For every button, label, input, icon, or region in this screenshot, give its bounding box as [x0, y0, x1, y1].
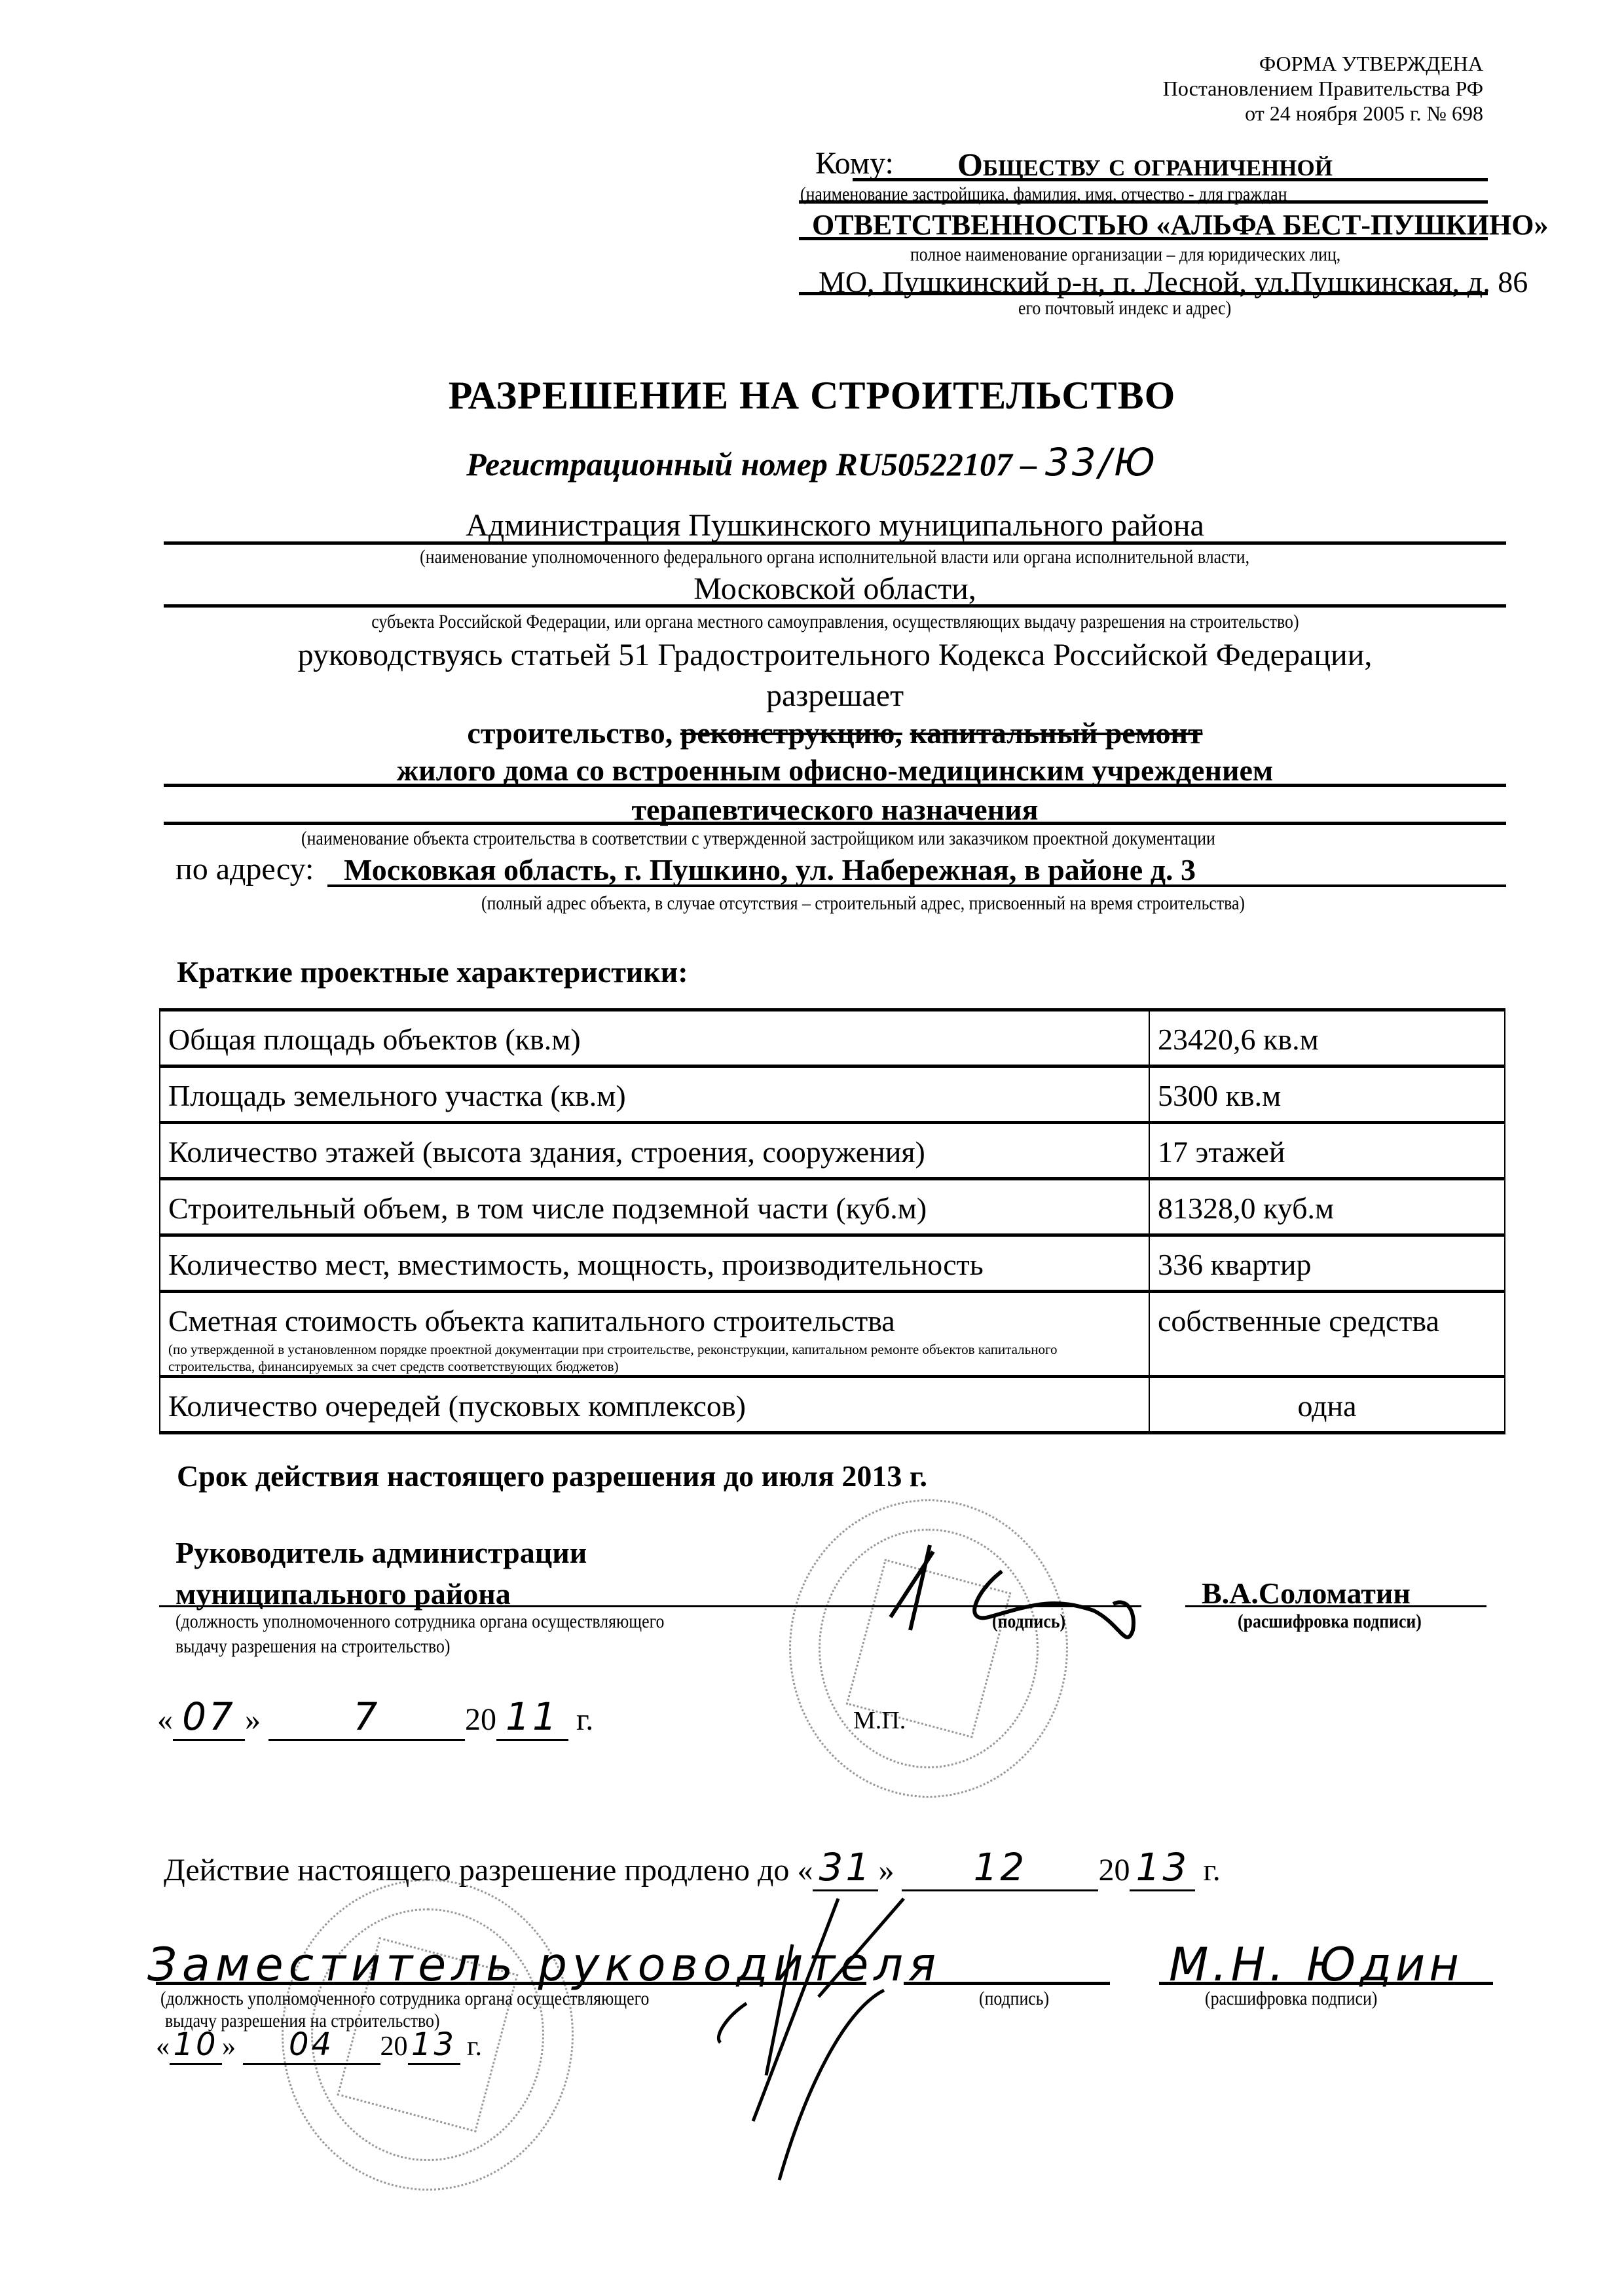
spec-label: Сметная стоимость объекта капитального с… [160, 1292, 1149, 1377]
form-note-line2: Постановлением Правительства РФ [1163, 76, 1483, 101]
extension-text: Действие настоящего разрешение продлено … [164, 1853, 789, 1887]
sign1-date-year-prefix: 20 [465, 1702, 496, 1737]
spec-label-text: Количество мест, вместимость, мощность, … [168, 1248, 984, 1281]
sign1-date-day: 07 [173, 1694, 245, 1741]
form-note-line3: от 24 ноября 2005 г. № 698 [1163, 101, 1483, 126]
issuer-hint1: (наименование уполномоченного федерально… [420, 547, 1250, 567]
sign1-date-suffix: г. [576, 1702, 593, 1737]
spec-value: 17 этажей [1149, 1123, 1505, 1179]
recipient-hint2: полное наименование организации – для юр… [910, 245, 1340, 264]
spec-label-note: (по утвержденной в установленном порядке… [168, 1341, 1141, 1375]
specs-table: Общая площадь объектов (кв.м)23420,6 кв.… [159, 1008, 1505, 1434]
sign1-position-line1: Руководитель администрации [175, 1535, 587, 1570]
work-type-reconstruction-struck: реконструкцию, [680, 716, 902, 750]
work-type-repair-struck: капитальный ремонт [910, 716, 1202, 750]
sign2-date-year-prefix: 20 [380, 2032, 408, 2062]
registration-label: Регистрационный номер RU50522107 – [466, 446, 1037, 483]
spec-label: Строительный объем, в том числе подземно… [160, 1179, 1149, 1235]
form-note-line1: ФОРМА УТВЕРЖДЕНА [1163, 51, 1483, 76]
sign1-name-hint: (расшифровка подписи) [1238, 1612, 1422, 1631]
divider [327, 884, 1506, 887]
signature-scribble-1 [838, 1532, 1205, 1663]
recipient-hint3: его почтовый индекс и адрес) [1018, 299, 1231, 318]
sign2-date-month: 04 [243, 2026, 380, 2065]
object-address-hint: (полный адрес объекта, в случае отсутств… [481, 894, 1245, 913]
spec-label: Общая площадь объектов (кв.м) [160, 1010, 1149, 1066]
specs-heading: Краткие проектные характеристики: [177, 955, 688, 989]
sign1-position-hint1: (должность уполномоченного сотрудника ор… [175, 1612, 664, 1631]
table-row: Количество этажей (высота здания, строен… [160, 1123, 1505, 1179]
object-hint: (наименование объекта строительства в со… [301, 829, 1215, 848]
extension-year-prefix: 20 [1098, 1853, 1130, 1887]
divider [799, 292, 1488, 295]
sign2-name-hint: (расшифровка подписи) [1205, 1989, 1377, 2009]
issuer-hint2-wrap: субъекта Российской Федерации, или орган… [164, 612, 1506, 632]
recipient-label: Кому: [815, 145, 894, 181]
divider [1185, 1605, 1486, 1607]
spec-label-text: Площадь земельного участка (кв.м) [168, 1079, 626, 1112]
sign2-position-hint1: (должность уполномоченного сотрудника ор… [160, 1989, 649, 2009]
spec-label: Площадь земельного участка (кв.м) [160, 1066, 1149, 1123]
sign1-date-month: 7 [268, 1694, 465, 1741]
spec-value: одна [1149, 1377, 1505, 1433]
sign2-date-year-suffix: 13 [408, 2026, 460, 2065]
spec-label-text: Общая площадь объектов (кв.м) [168, 1023, 581, 1056]
extension-month: 12 [902, 1845, 1098, 1891]
extension-year-suffix: 13 [1130, 1845, 1195, 1891]
issuer-basis: руководствуясь статьей 51 Градостроитель… [164, 637, 1506, 673]
work-type-construction: строительство, [467, 716, 673, 750]
spec-value: собственные средства [1149, 1292, 1505, 1377]
spec-value: 81328,0 куб.м [1149, 1179, 1505, 1235]
sign2-date-day: 10 [170, 2026, 222, 2065]
spec-label-text: Количество очередей (пусковых комплексов… [168, 1389, 746, 1423]
divider [853, 178, 1488, 181]
extension-suffix: г. [1203, 1853, 1220, 1887]
sign1-date: «07» 72011 г. [157, 1694, 593, 1741]
table-row: Строительный объем, в том числе подземно… [160, 1179, 1505, 1235]
issuer-hint1-wrap: (наименование уполномоченного федерально… [164, 547, 1506, 567]
form-approval-note: ФОРМА УТВЕРЖДЕНА Постановлением Правител… [1163, 51, 1483, 126]
work-type: строительство, реконструкцию, капитальны… [164, 716, 1506, 750]
spec-value: 336 квартир [1149, 1235, 1505, 1292]
divider [164, 784, 1506, 787]
spec-value: 5300 кв.м [1149, 1066, 1505, 1123]
registration-handwritten: 33/Ю [1045, 440, 1158, 484]
spec-label: Количество этажей (высота здания, строен… [160, 1123, 1149, 1179]
extension: Действие настоящего разрешение продлено … [164, 1845, 1221, 1891]
registration-number: Регистрационный номер RU50522107 – 33/Ю [0, 440, 1624, 484]
issuer-hint2: субъекта Российской Федерации, или орган… [371, 612, 1299, 632]
spec-label-text: Сметная стоимость объекта капитального с… [168, 1304, 895, 1338]
spec-label: Количество очередей (пусковых комплексов… [160, 1377, 1149, 1433]
extension-day: 31 [813, 1845, 878, 1891]
sign2-date: «10» 042013 г. [156, 2026, 482, 2065]
issuer-permits: разрешает [164, 678, 1506, 714]
divider [164, 541, 1506, 545]
table-row: Общая площадь объектов (кв.м)23420,6 кв.… [160, 1010, 1505, 1066]
issuer-line1: Администрация Пушкинского муниципального… [164, 507, 1506, 543]
object-address: Московкая область, г. Пушкино, ул. Набер… [344, 852, 1196, 887]
object-address-label: по адресу: [175, 851, 314, 887]
sign1-date-year-suffix: 11 [496, 1694, 568, 1741]
document-title: РАЗРЕШЕНИЕ НА СТРОИТЕЛЬСТВО [0, 373, 1624, 418]
validity-text: Срок действия настоящего разрешения до и… [177, 1459, 927, 1493]
table-row: Сметная стоимость объекта капитального с… [160, 1292, 1505, 1377]
sign2-date-suffix: г. [467, 2032, 482, 2062]
table-row: Количество очередей (пусковых комплексов… [160, 1377, 1505, 1433]
spec-label-text: Строительный объем, в том числе подземно… [168, 1192, 927, 1225]
spec-value: 23420,6 кв.м [1149, 1010, 1505, 1066]
divider [1159, 1982, 1493, 1985]
divider [164, 822, 1506, 825]
table-row: Площадь земельного участка (кв.м)5300 кв… [160, 1066, 1505, 1123]
divider [164, 604, 1506, 608]
spec-label-text: Количество этажей (высота здания, строен… [168, 1135, 925, 1169]
signature-scribble-2 [688, 1886, 1015, 2213]
divider [799, 200, 1488, 204]
issuer-line2: Московской области, [164, 571, 1506, 607]
seal-mark: М.П. [853, 1706, 906, 1735]
sign1-position-hint2: выдачу разрешения на строительство) [175, 1637, 450, 1656]
spec-label: Количество мест, вместимость, мощность, … [160, 1235, 1149, 1292]
divider [799, 237, 1488, 240]
table-row: Количество мест, вместимость, мощность, … [160, 1235, 1505, 1292]
object-name-line1: жилого дома со встроенным офисно-медицин… [164, 753, 1506, 788]
